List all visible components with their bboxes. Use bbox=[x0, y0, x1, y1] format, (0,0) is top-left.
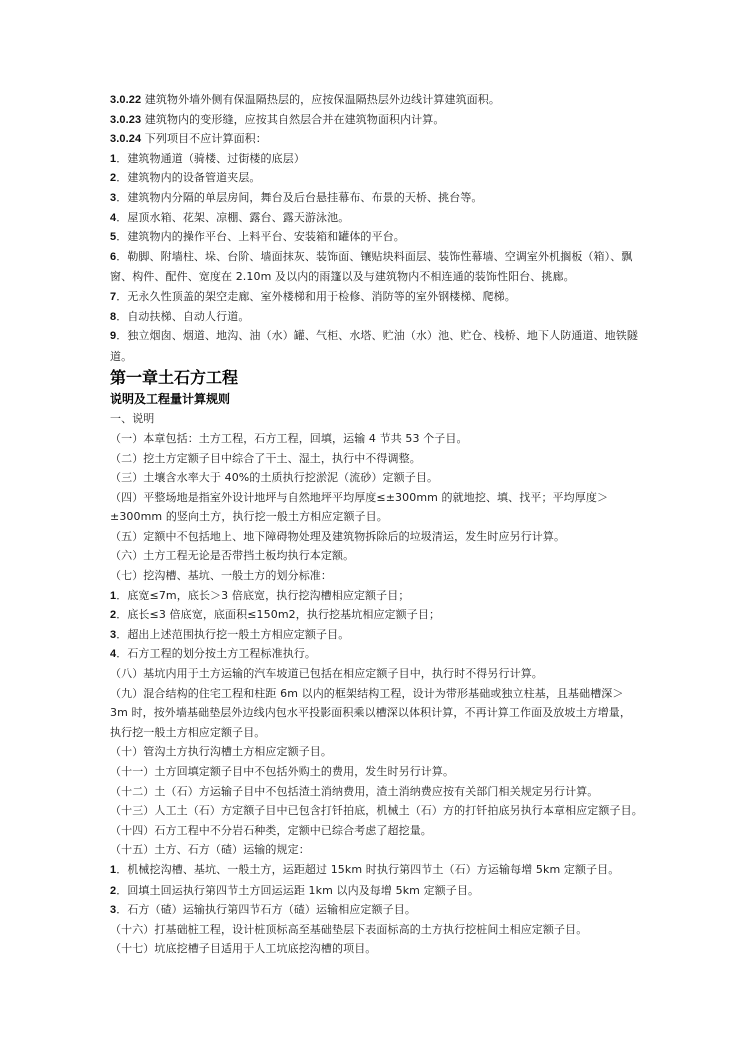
clause: 3.0.23 建筑物内的变形缝，应按其自然层合并在建筑物面积内计算。 bbox=[110, 110, 640, 130]
exclusion-item: 3．建筑物内分隔的单层房间，舞台及后台悬挂幕布、布景的天桥、挑台等。 bbox=[110, 188, 640, 208]
note-item: （十七）坑底挖槽子目适用于人工坑底挖沟槽的项目。 bbox=[110, 939, 640, 959]
exclusion-item: 6．勒脚、附墙柱、垛、台阶、墙面抹灰、装饰面、镶贴块料面层、装饰性幕墙、空调室外… bbox=[110, 247, 640, 287]
exclusion-item-text: ．建筑物内的操作平台、上料平台、安装箱和罐体的平台。 bbox=[116, 230, 405, 243]
division-rule-text: ．底宽≤7m，底长＞3 倍底宽，执行挖沟槽相应定额子目； bbox=[116, 589, 409, 602]
note-item: （十一）土方回填定额子目中不包括外购土的费用，发生时另行计算。 bbox=[110, 762, 640, 782]
note-item: （十五）土方、石方（碴）运输的规定： bbox=[110, 840, 640, 860]
intro-clauses: 3.0.22 建筑物外墙外侧有保温隔热层的，应按保温隔热层外边线计算建筑面积。3… bbox=[110, 90, 640, 149]
clause-text: 建筑物外墙外侧有保温隔热层的，应按保温隔热层外边线计算建筑面积。 bbox=[141, 93, 500, 106]
transport-rule-text: ．石方（碴）运输执行第四节石方（碴）运输相应定额子目。 bbox=[116, 903, 416, 916]
note-item: （一）本章包括：土方工程，石方工程，回填，运输 4 节共 53 个子目。 bbox=[110, 429, 640, 449]
clause-number: 3.0.24 bbox=[110, 133, 141, 145]
note-item: （十六）打基础桩工程，设计桩顶标高至基础垫层下表面标高的土方执行挖桩间土相应定额… bbox=[110, 920, 640, 940]
subsection-title: 一、说明 bbox=[110, 409, 640, 429]
note-item: （三）土壤含水率大于 40%的土质执行挖淤泥（流砂）定额子目。 bbox=[110, 468, 640, 488]
exclusion-item-text: ．勒脚、附墙柱、垛、台阶、墙面抹灰、装饰面、镶贴块料面层、装饰性幕墙、空调室外机… bbox=[110, 250, 632, 284]
division-rules: 1．底宽≤7m，底长＞3 倍底宽，执行挖沟槽相应定额子目；2．底长≤3 倍底宽，… bbox=[110, 586, 640, 664]
note-item: （十三）人工土（石）方定额子目中已包含打钎拍底，机械土（石）方的打钎拍底另执行本… bbox=[110, 801, 640, 821]
exclusion-item: 1．建筑物通道（骑楼、过街楼的底层） bbox=[110, 149, 640, 169]
note-item: （七）挖沟槽、基坑、一般土方的划分标准： bbox=[110, 566, 640, 586]
division-rule-text: ．石方工程的划分按土方工程标准执行。 bbox=[116, 647, 316, 660]
notes-list-3: （十六）打基础桩工程，设计桩顶标高至基础垫层下表面标高的土方执行挖桩间土相应定额… bbox=[110, 920, 640, 959]
exclusion-item: 4．屋顶水箱、花架、凉棚、露台、露天游泳池。 bbox=[110, 208, 640, 228]
chapter-title: 第一章土石方工程 bbox=[110, 367, 640, 389]
exclusion-item-text: ．独立烟囱、烟道、地沟、油（水）罐、气柜、水塔、贮油（水）池、贮仓、栈桥、地下人… bbox=[110, 329, 638, 363]
note-item: （六）土方工程无论是否带挡土板均执行本定额。 bbox=[110, 546, 640, 566]
clause: 3.0.22 建筑物外墙外侧有保温隔热层的，应按保温隔热层外边线计算建筑面积。 bbox=[110, 90, 640, 110]
exclusion-item-text: ．建筑物内的设备管道夹层。 bbox=[116, 171, 260, 184]
transport-rules: 1．机械挖沟槽、基坑、一般土方，运距超过 15km 时执行第四节土（石）方运输每… bbox=[110, 860, 640, 920]
clause-text: 建筑物内的变形缝，应按其自然层合并在建筑物面积内计算。 bbox=[141, 113, 444, 126]
notes-list-2: （八）基坑内用于土方运输的汽车坡道已包括在相应定额子目中，执行时不得另行计算。（… bbox=[110, 664, 640, 860]
division-rule: 4．石方工程的划分按土方工程标准执行。 bbox=[110, 644, 640, 664]
note-item: （十四）石方工程中不分岩石种类，定额中已综合考虑了超挖量。 bbox=[110, 821, 640, 841]
exclusion-item-text: ．无永久性顶盖的架空走廊、室外楼梯和用于检修、消防等的室外钢楼梯、爬梯。 bbox=[116, 290, 516, 303]
exclusion-item: 8．自动扶梯、自动人行道。 bbox=[110, 307, 640, 327]
note-item: （九）混合结构的住宅工程和柱距 6m 以内的框架结构工程，设计为带形基础或独立柱… bbox=[110, 684, 640, 743]
clause-text: 下列项目不应计算面积： bbox=[141, 132, 267, 145]
note-item: （五）定额中不包括地上、地下障碍物处理及建筑物拆除后的垃圾清运，发生时应另行计算… bbox=[110, 527, 640, 547]
document-page: 3.0.22 建筑物外墙外侧有保温隔热层的，应按保温隔热层外边线计算建筑面积。3… bbox=[110, 90, 640, 959]
note-item: （二）挖土方定额子目中综合了干土、湿土，执行中不得调整。 bbox=[110, 449, 640, 469]
exclusion-item: 7．无永久性顶盖的架空走廊、室外楼梯和用于检修、消防等的室外钢楼梯、爬梯。 bbox=[110, 287, 640, 307]
division-rule: 3．超出上述范围执行挖一般土方相应定额子目。 bbox=[110, 625, 640, 645]
exclusion-item-text: ．屋顶水箱、花架、凉棚、露台、露天游泳池。 bbox=[116, 211, 349, 224]
transport-rule-text: ．机械挖沟槽、基坑、一般土方，运距超过 15km 时执行第四节土（石）方运输每增… bbox=[116, 863, 619, 876]
division-rule-text: ．超出上述范围执行挖一般土方相应定额子目。 bbox=[116, 628, 349, 641]
exclusion-list: 1．建筑物通道（骑楼、过街楼的底层）2．建筑物内的设备管道夹层。3．建筑物内分隔… bbox=[110, 149, 640, 367]
transport-rule: 3．石方（碴）运输执行第四节石方（碴）运输相应定额子目。 bbox=[110, 900, 640, 920]
exclusion-item: 9．独立烟囱、烟道、地沟、油（水）罐、气柜、水塔、贮油（水）池、贮仓、栈桥、地下… bbox=[110, 326, 640, 366]
note-item: （八）基坑内用于土方运输的汽车坡道已包括在相应定额子目中，执行时不得另行计算。 bbox=[110, 664, 640, 684]
exclusion-item: 2．建筑物内的设备管道夹层。 bbox=[110, 168, 640, 188]
exclusion-item-text: ．建筑物内分隔的单层房间，舞台及后台悬挂幕布、布景的天桥、挑台等。 bbox=[116, 191, 482, 204]
exclusion-item-text: ．自动扶梯、自动人行道。 bbox=[116, 310, 249, 323]
division-rule-text: ．底长≤3 倍底宽，底面积≤150m2，执行挖基坑相应定额子目； bbox=[116, 608, 440, 621]
exclusion-item: 5．建筑物内的操作平台、上料平台、安装箱和罐体的平台。 bbox=[110, 227, 640, 247]
transport-rule: 2．回填土回运执行第四节土方回运运距 1km 以内及每增 5km 定额子目。 bbox=[110, 881, 640, 901]
note-item: （十二）土（石）方运输子目中不包括渣土消纳费用，渣土消纳费应按有关部门相关规定另… bbox=[110, 782, 640, 802]
note-item: （四）平整场地是指室外设计地坪与自然地坪平均厚度≤±300mm 的就地挖、填、找… bbox=[110, 488, 640, 527]
division-rule: 1．底宽≤7m，底长＞3 倍底宽，执行挖沟槽相应定额子目； bbox=[110, 586, 640, 606]
exclusion-item-text: ．建筑物通道（骑楼、过街楼的底层） bbox=[116, 152, 305, 165]
transport-rule: 1．机械挖沟槽、基坑、一般土方，运距超过 15km 时执行第四节土（石）方运输每… bbox=[110, 860, 640, 881]
clause: 3.0.24 下列项目不应计算面积： bbox=[110, 129, 640, 149]
division-rule: 2．底长≤3 倍底宽，底面积≤150m2，执行挖基坑相应定额子目； bbox=[110, 605, 640, 625]
section-title: 说明及工程量计算规则 bbox=[110, 389, 640, 409]
note-item: （十）管沟土方执行沟槽土方相应定额子目。 bbox=[110, 742, 640, 762]
transport-rule-text: ．回填土回运执行第四节土方回运运距 1km 以内及每增 5km 定额子目。 bbox=[116, 884, 479, 897]
clause-number: 3.0.23 bbox=[110, 114, 141, 126]
notes-list: （一）本章包括：土方工程，石方工程，回填，运输 4 节共 53 个子目。（二）挖… bbox=[110, 429, 640, 586]
clause-number: 3.0.22 bbox=[110, 94, 141, 106]
